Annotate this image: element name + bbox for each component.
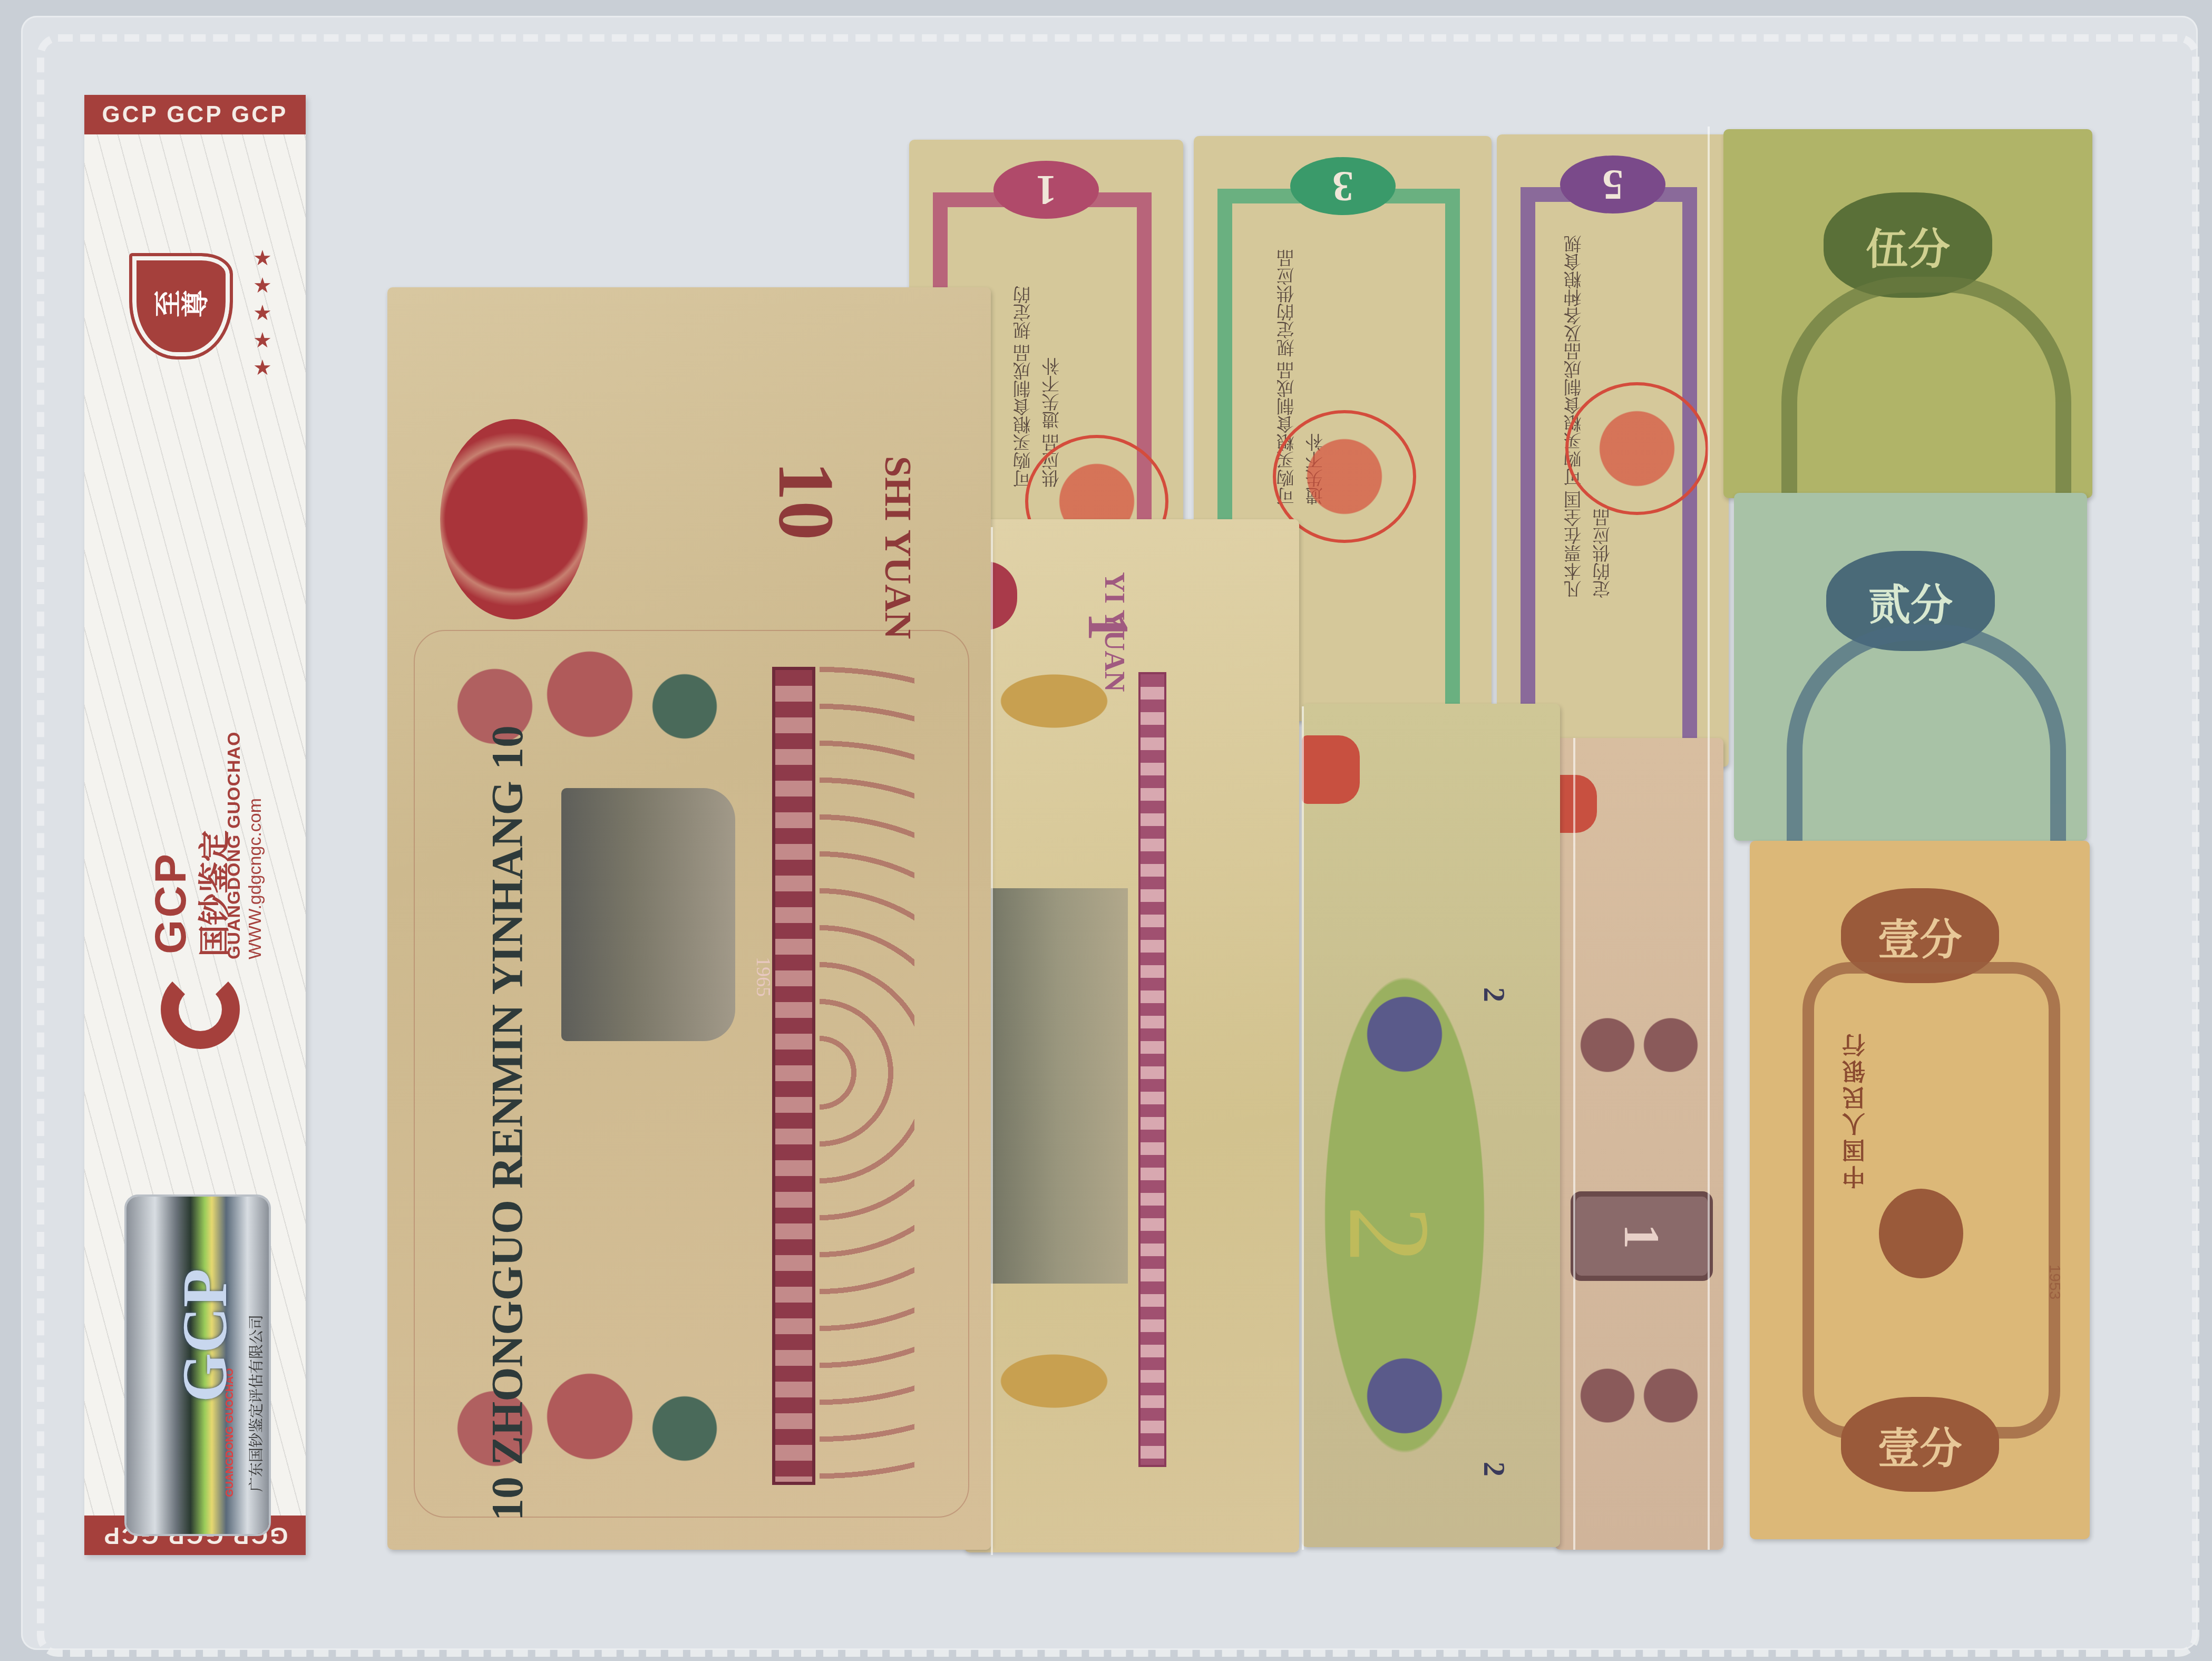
- two-fen-note: 贰分: [1734, 493, 2087, 841]
- note-ornament: [1787, 625, 2066, 841]
- peony-ornament: [419, 646, 798, 767]
- note-value: 1: [1613, 1223, 1671, 1249]
- star-icon: ★: [253, 303, 272, 324]
- gcp-g-icon: [161, 970, 240, 1049]
- peony-ornament: [419, 1368, 798, 1489]
- note-value-large: 2: [1322, 1206, 1456, 1264]
- logo-url: WWW.gdgcngc.com: [245, 798, 266, 959]
- note-year: 1965: [752, 957, 775, 997]
- coupon-stamp: [1565, 382, 1709, 515]
- national-emblem-icon: [1879, 1189, 1963, 1278]
- ten-yuan-note: 10 SHI YUAN 1965 10 ZHONGGUO RENMIN YINH…: [387, 287, 991, 1550]
- decorative-band: [772, 667, 815, 1485]
- one-fen-1962-note: 1: [1555, 738, 1723, 1550]
- sleeve-divider: [1302, 706, 1304, 1550]
- hologram-gcp-text: GCP: [169, 1269, 241, 1402]
- logo-company-name: GUANGDONG GUOCHAO: [224, 731, 245, 959]
- vignette-scene: [986, 888, 1128, 1284]
- one-yuan-note: 1 YI YUAN: [964, 519, 1299, 1552]
- one-fen-note: 壹分 中国人民银行 1953 壹分: [1750, 841, 2090, 1539]
- star-icon: ★: [253, 357, 272, 378]
- wheat-ornament: [975, 1342, 1133, 1421]
- bank-name: 10 ZHONGGUO RENMIN YINHANG 10: [482, 725, 533, 1521]
- star-icon: ★: [253, 330, 272, 351]
- tiananmen-vignette: [561, 788, 735, 1041]
- note-value: 壹分: [1841, 1397, 1999, 1492]
- national-emblem-icon: [1302, 735, 1360, 804]
- grade-stars: ★ ★ ★ ★ ★: [253, 248, 272, 378]
- hologram-company: 广东国钞鉴定评估有限公司: [245, 1315, 266, 1492]
- scallop-border: [820, 667, 914, 1479]
- note-value: 10: [761, 461, 851, 540]
- note-value-words: SHI YUAN: [876, 456, 920, 639]
- sleeve-divider: [1708, 127, 1710, 1550]
- shield-icon: 至尊: [129, 253, 233, 360]
- national-emblem-icon: [1555, 775, 1597, 833]
- two-fen-note-yellow: 2 2 2: [1302, 704, 1560, 1547]
- star-icon: ★: [253, 248, 272, 269]
- logo-gcp-text: GCP: [145, 852, 196, 954]
- hologram-sticker: GUANGDONG GUOCHAO GCP 广东国钞鉴定评估有限公司: [126, 1197, 269, 1534]
- wheat-ornament: [975, 662, 1133, 741]
- note-value: 2: [1477, 1462, 1511, 1477]
- national-emblem-icon: [440, 419, 588, 619]
- coupon-value: 5: [1560, 156, 1665, 213]
- note-year: 1953: [2045, 1265, 2063, 1300]
- note-value: 2: [1477, 987, 1511, 1002]
- label-top-band: GCP GCP GCP: [84, 95, 306, 134]
- note-ornament: [1781, 277, 2071, 498]
- sleeve-divider: [991, 527, 993, 1555]
- star-icon: ★: [253, 275, 272, 296]
- gcp-logo: GCP 国钞鉴定 GUANGDONG GUOCHAO WWW.gdgcngc.c…: [140, 712, 266, 1049]
- decorative-band: [1138, 672, 1166, 1467]
- bank-name: 中国人民银行: [1839, 1031, 1873, 1189]
- shield-text: 至尊: [131, 258, 231, 355]
- five-fen-note: 伍分: [1723, 129, 2092, 498]
- coupon-value: 1: [993, 161, 1099, 219]
- note-value-box: 1: [1571, 1191, 1713, 1281]
- sleeve-divider: [1573, 738, 1575, 1550]
- ration-coupon-5: 5 凡本票在全国 可购买粮食制成品及各种粮食规定的供应品: [1497, 134, 1729, 767]
- coupon-value: 3: [1290, 157, 1396, 215]
